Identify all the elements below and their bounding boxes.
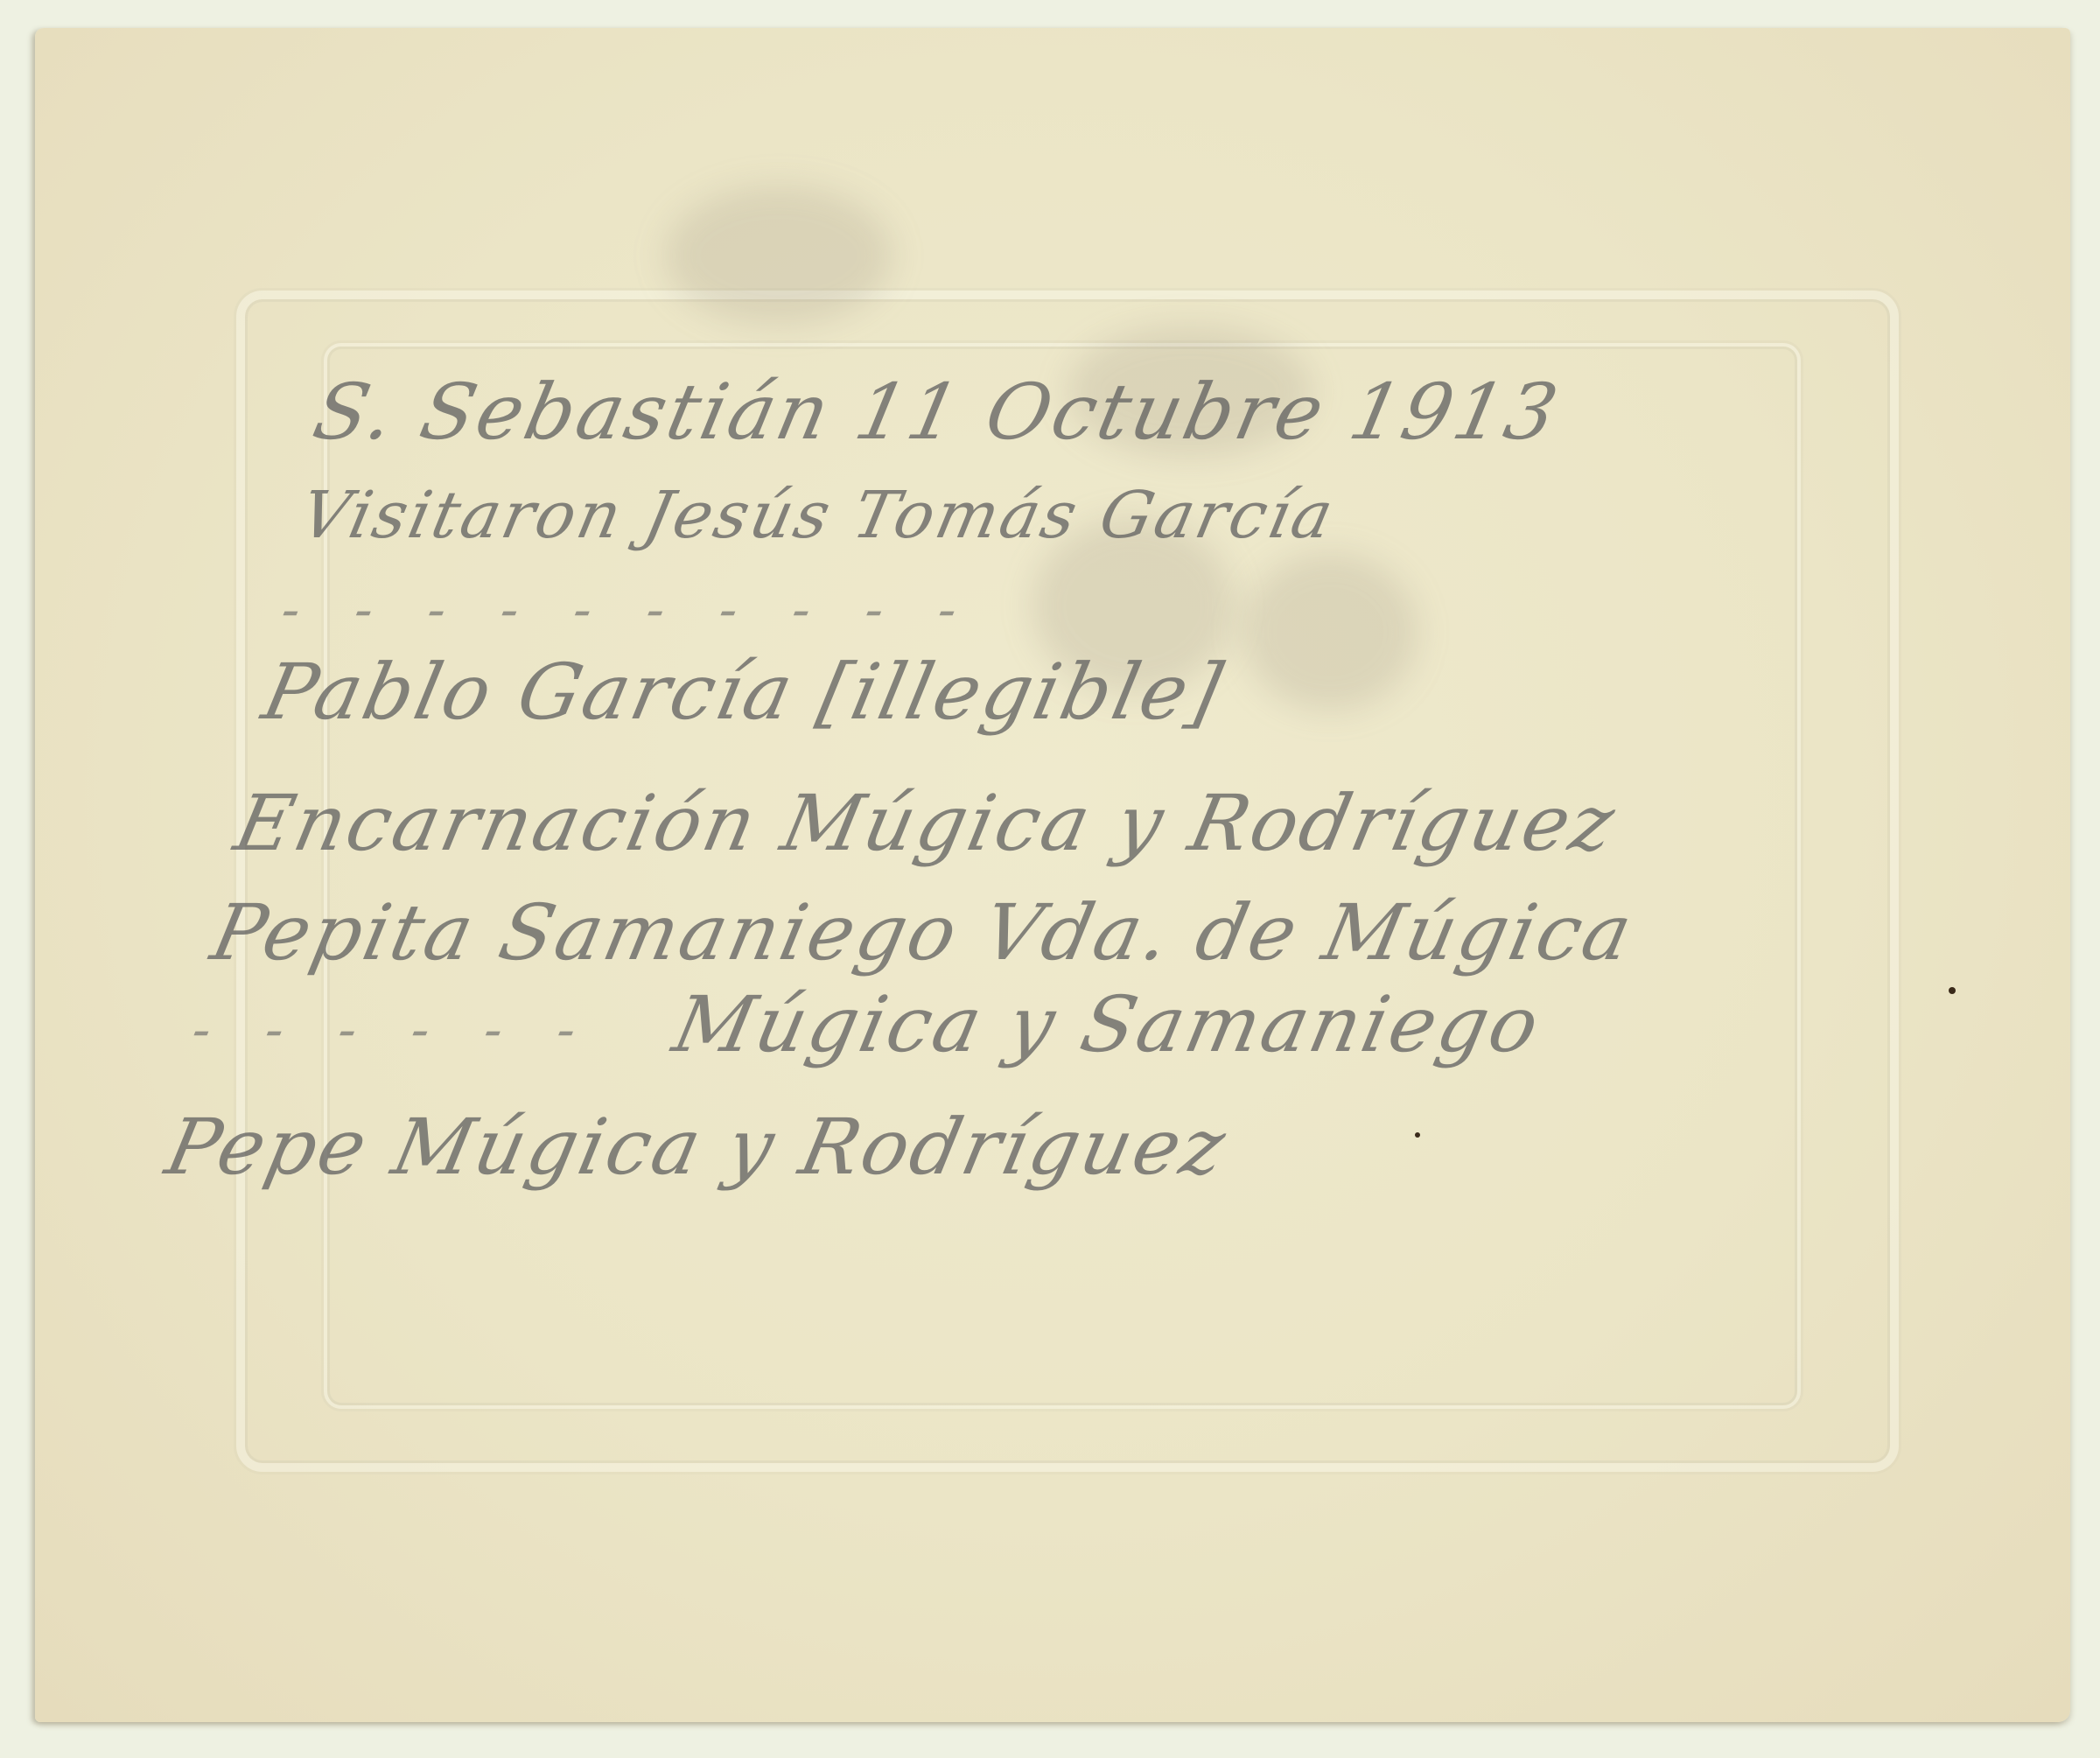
- name-line: Pablo García [illegible]: [256, 654, 1230, 731]
- photo-background: S. Sebastián 11 Octubre 1913 Visitaron J…: [0, 0, 2100, 1758]
- visitors-line: Visitaron Jesús Tomás García: [296, 483, 1341, 548]
- card: S. Sebastián 11 Octubre 1913 Visitaron J…: [35, 28, 2070, 1722]
- smudge: [665, 186, 892, 326]
- dashed-separator: - - - - - - - - - -: [276, 584, 981, 636]
- date-line: S. Sebastián 11 Octubre 1913: [307, 374, 1566, 451]
- smudge: [1242, 553, 1417, 711]
- name-line: Pepita Samaniego Vda. de Múgica: [206, 894, 1641, 971]
- speck: [1415, 1132, 1420, 1138]
- name-line: Múgica y Samaniego: [668, 986, 1548, 1063]
- name-line: Encarnación Múgica y Rodríguez: [228, 785, 1623, 862]
- dashed-separator: - - - - - -: [187, 1004, 600, 1056]
- name-line: Pepe Múgica y Rodríguez: [160, 1109, 1234, 1186]
- speck: [1949, 987, 1956, 994]
